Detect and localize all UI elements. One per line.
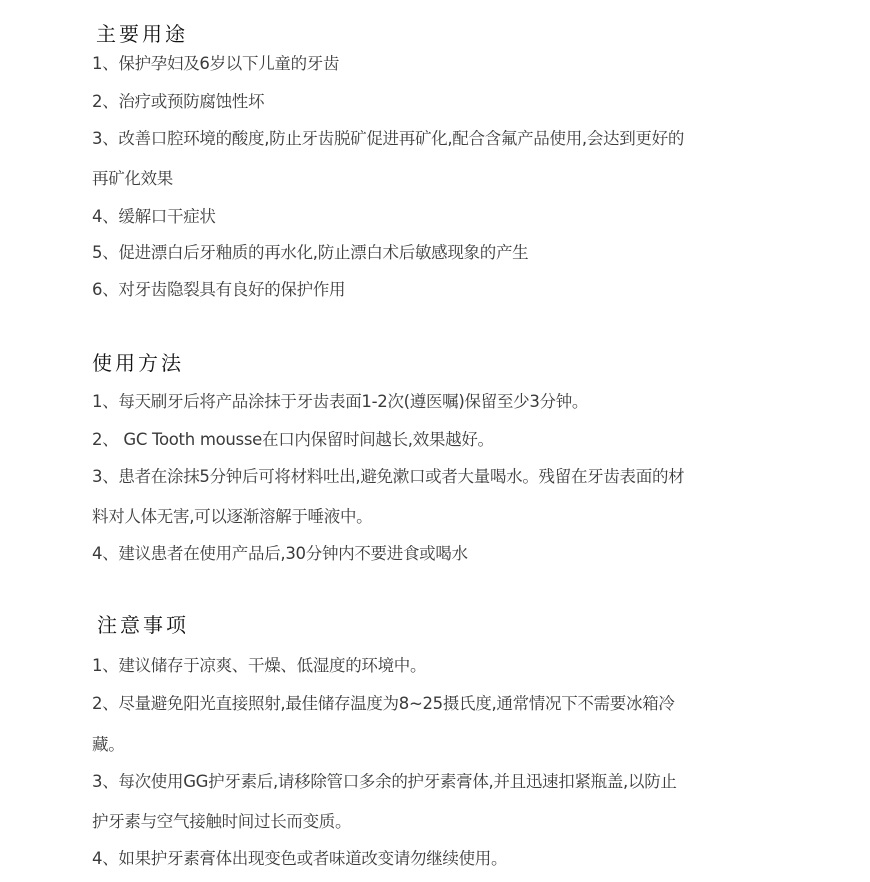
usage-method-item-1: 1、每天刷牙后将产品涂抹于牙齿表面1-2次(遵医嘱)保留至少3分钟。	[92, 388, 588, 412]
usage-method-item-3-cont: 料对人体无害,可以逐渐溶解于唾液中。	[92, 503, 372, 527]
precautions-item-2: 2、尽量避免阳光直接照射,最佳储存温度为8~25摄氏度,通常情况下不需要冰箱冷	[92, 690, 675, 714]
usage-method-item-4: 4、建议患者在使用产品后,30分钟内不要进食或喝水	[92, 540, 468, 564]
precautions-item-3-cont: 护牙素与空气接触时间过长而变质。	[92, 808, 351, 832]
section-title-precautions: 注意事项	[97, 609, 189, 638]
usage-method-item-3: 3、患者在涂抹5分钟后可将材料吐出,避免漱口或者大量喝水。残留在牙齿表面的材	[92, 463, 684, 487]
main-uses-item-3: 3、改善口腔环境的酸度,防止牙齿脱矿促进再矿化,配合含氟产品使用,会达到更好的	[92, 125, 684, 149]
main-uses-item-2: 2、治疗或预防腐蚀性坏	[92, 88, 264, 112]
precautions-item-3: 3、每次使用GG护牙素后,请移除管口多余的护牙素膏体,并且迅速扣紧瓶盖,以防止	[92, 768, 677, 792]
main-uses-item-3-cont: 再矿化效果	[92, 165, 173, 189]
section-title-main-uses: 主要用途	[96, 18, 188, 47]
main-uses-item-1: 1、保护孕妇及6岁以下儿童的牙齿	[92, 50, 339, 74]
usage-method-item-2: 2、 GC Tooth mousse在口内保留时间越长,效果越好。	[92, 426, 494, 450]
main-uses-item-5: 5、促进漂白后牙釉质的再水化,防止漂白术后敏感现象的产生	[92, 239, 528, 263]
precautions-item-4: 4、如果护牙素膏体出现变色或者味道改变请勿继续使用。	[92, 845, 507, 869]
precautions-item-2-cont: 藏。	[92, 731, 124, 755]
precautions-item-1: 1、建议储存于凉爽、干燥、低湿度的环境中。	[92, 652, 426, 676]
main-uses-item-4: 4、缓解口干症状	[92, 203, 216, 227]
section-title-usage-method: 使用方法	[92, 347, 184, 376]
main-uses-item-6: 6、对牙齿隐裂具有良好的保护作用	[92, 276, 345, 300]
product-instructions-page: 主要用途 1、保护孕妇及6岁以下儿童的牙齿 2、治疗或预防腐蚀性坏 3、改善口腔…	[0, 0, 870, 882]
